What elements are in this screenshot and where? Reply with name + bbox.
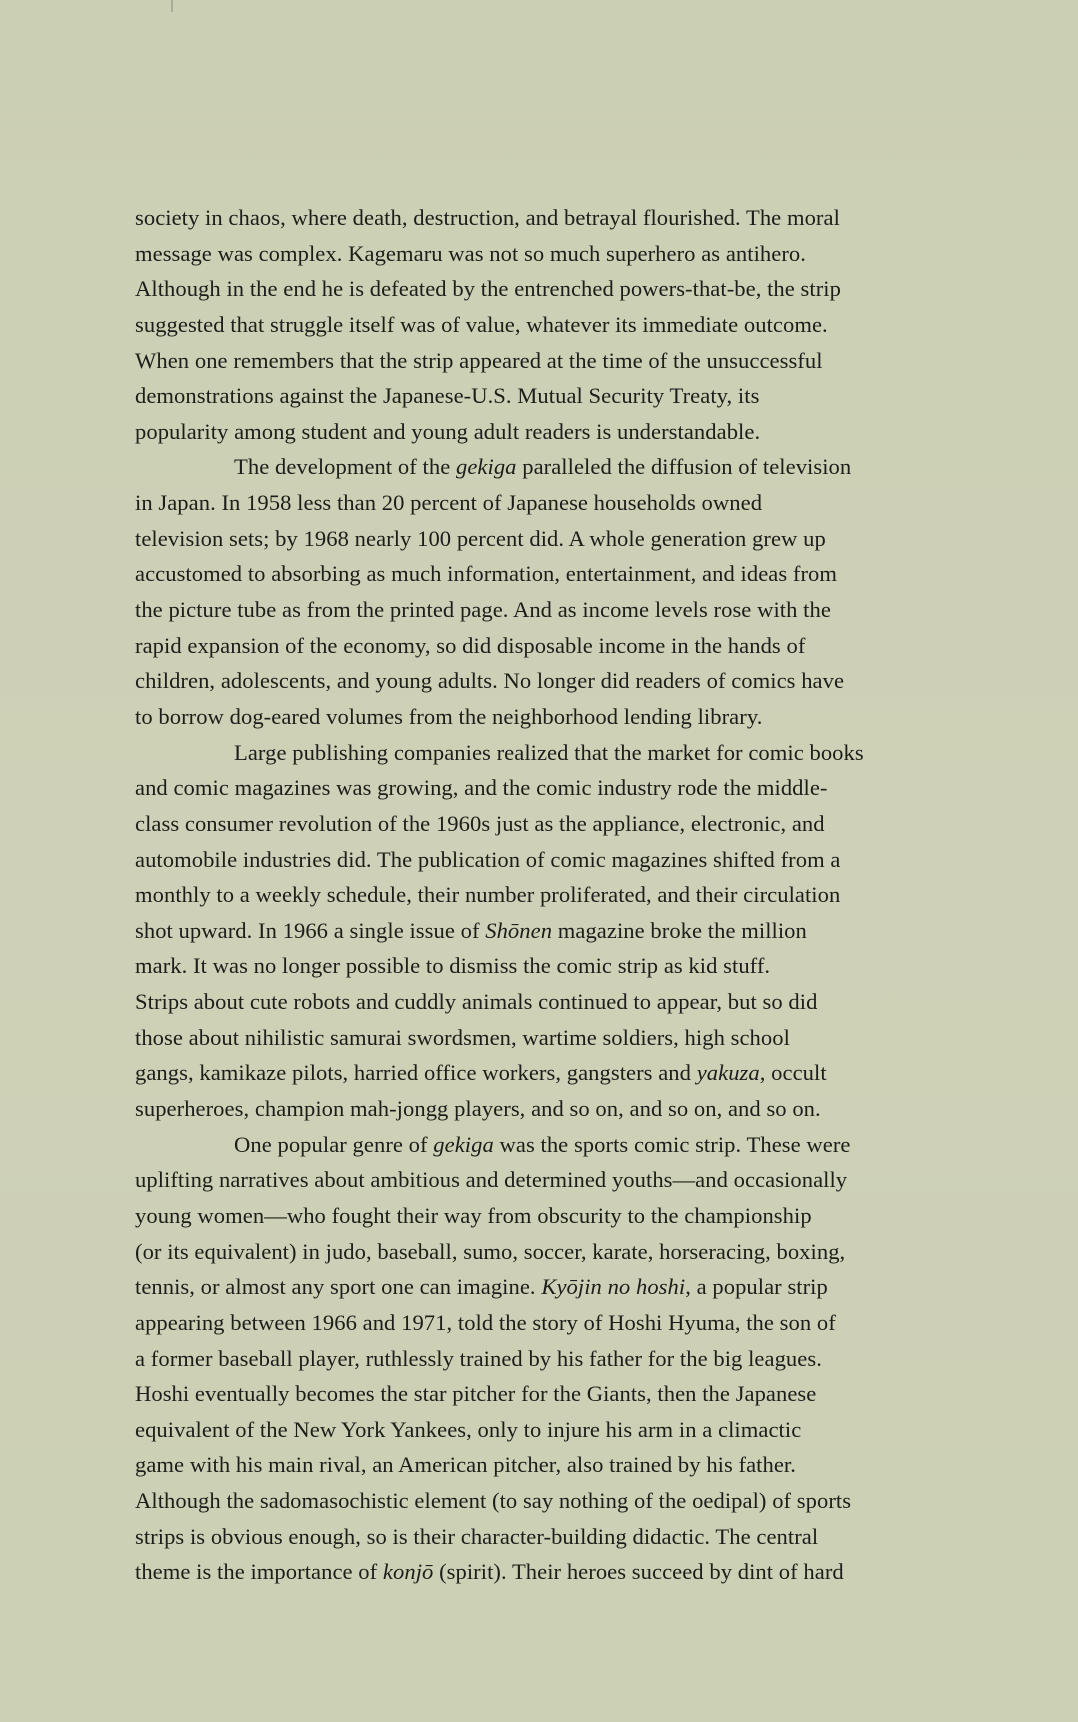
italic-term: gekiga [433, 1132, 494, 1157]
text-line: automobile industries did. The publicati… [135, 842, 995, 878]
text-run: Large publishing companies realized that… [234, 740, 864, 765]
text-run: class consumer revolution of the 1960s j… [135, 811, 825, 836]
text-line: appearing between 1966 and 1971, told th… [135, 1305, 995, 1341]
text-run: demonstrations against the Japanese-U.S.… [135, 383, 759, 408]
italic-term: yakuza [697, 1060, 760, 1085]
text-line: Although the sadomasochistic element (to… [135, 1483, 995, 1519]
text-run: gangs, kamikaze pilots, harried office w… [135, 1060, 697, 1085]
text-run: game with his main rival, an American pi… [135, 1452, 796, 1477]
text-run: accustomed to absorbing as much informat… [135, 561, 837, 586]
text-line: class consumer revolution of the 1960s j… [135, 806, 995, 842]
text-run: rapid expansion of the economy, so did d… [135, 633, 805, 658]
text-run: (or its equivalent) in judo, baseball, s… [135, 1239, 845, 1264]
text-run: society in chaos, where death, destructi… [135, 205, 840, 230]
text-run: was the sports comic strip. These were [494, 1132, 851, 1157]
text-line: (or its equivalent) in judo, baseball, s… [135, 1234, 995, 1270]
text-run: When one remembers that the strip appear… [135, 348, 823, 373]
italic-term: Shōnen [485, 918, 552, 943]
text-line: When one remembers that the strip appear… [135, 343, 995, 379]
text-line: theme is the importance of konjō (spirit… [135, 1554, 995, 1590]
text-run: automobile industries did. The publicati… [135, 847, 841, 872]
text-line: society in chaos, where death, destructi… [135, 200, 995, 236]
body-text: society in chaos, where death, destructi… [135, 200, 995, 1590]
text-run: shot upward. In 1966 a single issue of [135, 918, 485, 943]
text-run: suggested that struggle itself was of va… [135, 312, 828, 337]
scan-artifact-mark [171, 0, 173, 12]
text-run: theme is the importance of [135, 1559, 383, 1584]
text-line: to borrow dog-eared volumes from the nei… [135, 699, 995, 735]
paragraph-first-line: The development of the gekiga paralleled… [135, 449, 995, 485]
text-run: monthly to a weekly schedule, their numb… [135, 882, 840, 907]
text-run: television sets; by 1968 nearly 100 perc… [135, 526, 826, 551]
text-run: Hoshi eventually becomes the star pitche… [135, 1381, 816, 1406]
text-run: to borrow dog-eared volumes from the nei… [135, 704, 762, 729]
text-line: game with his main rival, an American pi… [135, 1447, 995, 1483]
text-run: magazine broke the million [552, 918, 807, 943]
paragraph-first-line: One popular genre of gekiga was the spor… [135, 1127, 995, 1163]
text-line: shot upward. In 1966 a single issue of S… [135, 913, 995, 949]
text-run: mark. It was no longer possible to dismi… [135, 953, 770, 978]
text-run: a former baseball player, ruthlessly tra… [135, 1346, 822, 1371]
text-run: Strips about cute robots and cuddly anim… [135, 989, 817, 1014]
text-line: monthly to a weekly schedule, their numb… [135, 877, 995, 913]
text-line: strips is obvious enough, so is their ch… [135, 1519, 995, 1555]
text-line: tennis, or almost any sport one can imag… [135, 1269, 995, 1305]
text-run: Although in the end he is defeated by th… [135, 276, 841, 301]
text-run: those about nihilistic samurai swordsmen… [135, 1025, 790, 1050]
text-line: Hoshi eventually becomes the star pitche… [135, 1376, 995, 1412]
text-run: tennis, or almost any sport one can imag… [135, 1274, 541, 1299]
text-line: rapid expansion of the economy, so did d… [135, 628, 995, 664]
text-run: uplifting narratives about ambitious and… [135, 1167, 847, 1192]
text-line: children, adolescents, and young adults.… [135, 663, 995, 699]
italic-term: Kyōjin no hoshi [541, 1274, 685, 1299]
text-line: television sets; by 1968 nearly 100 perc… [135, 521, 995, 557]
text-run: strips is obvious enough, so is their ch… [135, 1524, 818, 1549]
text-line: uplifting narratives about ambitious and… [135, 1162, 995, 1198]
text-line: Strips about cute robots and cuddly anim… [135, 984, 995, 1020]
text-line: a former baseball player, ruthlessly tra… [135, 1341, 995, 1377]
text-line: the picture tube as from the printed pag… [135, 592, 995, 628]
text-line: message was complex. Kagemaru was not so… [135, 236, 995, 272]
text-run: appearing between 1966 and 1971, told th… [135, 1310, 836, 1335]
italic-term: konjō [383, 1559, 433, 1584]
text-run: message was complex. Kagemaru was not so… [135, 241, 806, 266]
text-line: those about nihilistic samurai swordsmen… [135, 1020, 995, 1056]
text-line: popularity among student and young adult… [135, 414, 995, 450]
text-run: equivalent of the New York Yankees, only… [135, 1417, 801, 1442]
text-run: popularity among student and young adult… [135, 419, 760, 444]
text-run: young women—who fought their way from ob… [135, 1203, 812, 1228]
text-run: in Japan. In 1958 less than 20 percent o… [135, 490, 762, 515]
paragraph-first-line: Large publishing companies realized that… [135, 735, 995, 771]
text-line: demonstrations against the Japanese-U.S.… [135, 378, 995, 414]
text-line: young women—who fought their way from ob… [135, 1198, 995, 1234]
text-line: gangs, kamikaze pilots, harried office w… [135, 1055, 995, 1091]
text-line: Although in the end he is defeated by th… [135, 271, 995, 307]
text-run: Although the sadomasochistic element (to… [135, 1488, 851, 1513]
text-line: mark. It was no longer possible to dismi… [135, 948, 995, 984]
scanned-book-page: society in chaos, where death, destructi… [0, 0, 1078, 1722]
text-line: suggested that struggle itself was of va… [135, 307, 995, 343]
text-run: One popular genre of [234, 1132, 433, 1157]
text-line: superheroes, champion mah-jongg players,… [135, 1091, 995, 1127]
text-run: The development of the [234, 454, 456, 479]
text-line: in Japan. In 1958 less than 20 percent o… [135, 485, 995, 521]
text-run: children, adolescents, and young adults.… [135, 668, 844, 693]
text-run: , occult [760, 1060, 827, 1085]
text-run: and comic magazines was growing, and the… [135, 775, 828, 800]
text-line: accustomed to absorbing as much informat… [135, 556, 995, 592]
text-run: , a popular strip [685, 1274, 828, 1299]
text-run: (spirit). Their heroes succeed by dint o… [433, 1559, 843, 1584]
italic-term: gekiga [456, 454, 517, 479]
text-line: equivalent of the New York Yankees, only… [135, 1412, 995, 1448]
text-run: superheroes, champion mah-jongg players,… [135, 1096, 821, 1121]
text-run: paralleled the diffusion of television [517, 454, 852, 479]
text-run: the picture tube as from the printed pag… [135, 597, 831, 622]
text-line: and comic magazines was growing, and the… [135, 770, 995, 806]
